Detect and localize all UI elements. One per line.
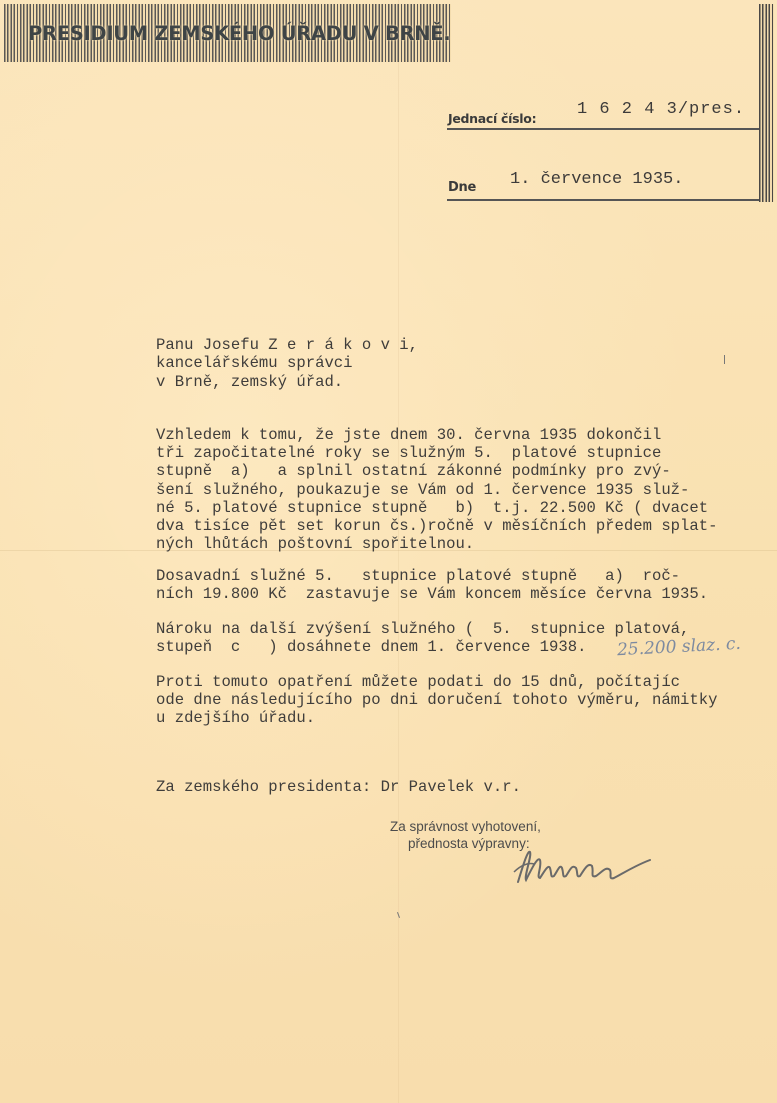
date-rule	[447, 199, 759, 201]
text-line: Dosavadní služné 5. stupnice platové stu…	[156, 567, 680, 585]
body-paragraph-3: Nároku na další zvýšení služného ( 5. st…	[156, 620, 689, 656]
text-line: tři započitatelné roky se služným 5. pla…	[156, 444, 661, 462]
reference-label: Jednací číslo:	[448, 111, 536, 126]
signature-scribble-icon	[510, 842, 660, 892]
date-label: Dne	[448, 180, 476, 195]
certification-stamp-line-1: Za správnost vyhotovení,	[390, 818, 541, 835]
addressee-line: v Brně, zemský úřad.	[156, 373, 343, 391]
text-line: dva tisíce pět set korun čs.)ročně v měs…	[156, 517, 717, 535]
body-paragraph-2: Dosavadní služné 5. stupnice platové stu…	[156, 567, 708, 603]
reference-number: 1 6 2 4 3/pres.	[577, 100, 745, 119]
text-line: Nároku na další zvýšení služného ( 5. st…	[156, 620, 689, 638]
text-line: stupeň c ) dosáhnete dnem 1. července 19…	[156, 638, 586, 656]
signoff-line: Za zemského presidenta: Dr Pavelek v.r.	[156, 778, 521, 796]
stray-mark	[724, 355, 725, 364]
text-line: ode dne následujícího po dni doručení to…	[156, 691, 717, 709]
body-paragraph-4: Proti tomuto opatření můžete podati do 1…	[156, 673, 717, 728]
text-line: ných lhůtách poštovní spořitelnou.	[156, 535, 474, 553]
letterhead-side-bars	[759, 4, 774, 202]
text-line: ních 19.800 Kč zastavuje se Vám koncem m…	[156, 585, 708, 603]
letterhead-title: PRESIDIUM ZEMSKÉHO ÚŘADU V BRNĚ.	[28, 22, 450, 45]
addressee-line: Panu Josefu Z e r á k o v i,	[156, 336, 418, 354]
addressee-block: Panu Josefu Z e r á k o v i, kancelářské…	[156, 318, 418, 391]
addressee-line: kancelářskému správci	[156, 354, 353, 372]
date-value: 1. července 1935.	[510, 170, 683, 189]
reference-rule	[447, 128, 759, 130]
body-paragraph-1: Vzhledem k tomu, že jste dnem 30. června…	[156, 426, 717, 553]
text-line: Proti tomuto opatření můžete podati do 1…	[156, 673, 680, 691]
text-line: né 5. platové stupnice stupně b) t.j. 22…	[156, 499, 708, 517]
text-line: u zdejšího úřadu.	[156, 709, 315, 727]
text-line: šení služného, poukazuje se Vám od 1. če…	[156, 481, 689, 499]
text-line: Vzhledem k tomu, že jste dnem 30. června…	[156, 426, 661, 444]
text-line: stupně a) a splnil ostatní zákonné podmí…	[156, 462, 671, 480]
